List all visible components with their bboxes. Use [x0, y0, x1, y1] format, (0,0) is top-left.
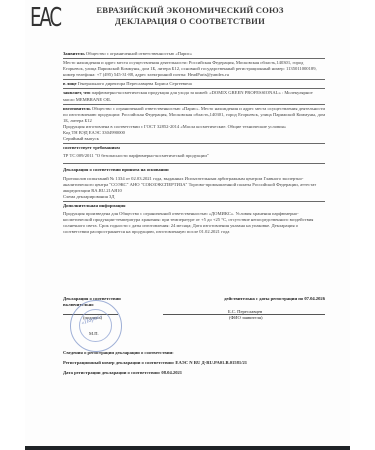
- represented-value: Генерального директора Переславцева Бори…: [78, 81, 192, 86]
- company-stamp-icon: «Парис»: [70, 300, 122, 352]
- declaration-body: Заявитель Общество с ограниченной ответс…: [63, 50, 325, 236]
- document-title: ЕВРАЗИЙСКИЙ ЭКОНОМИЧЕСКИЙ СОЮЗ ДЕКЛАРАЦИ…: [75, 5, 305, 27]
- declaration-scheme: Схема декларирования 3Д: [63, 194, 325, 200]
- address-section: Место нахождения и адрес места осуществл…: [63, 59, 325, 80]
- registration-number-row: Регистрационный номер декларации о соотв…: [63, 360, 325, 366]
- declares-label: заявляет, что: [63, 90, 90, 95]
- applicant-value: Общество с ограниченной ответственностью…: [86, 51, 192, 56]
- registration-section: Сведения о регистрации декларации о соот…: [63, 350, 325, 380]
- represented-label: в лице: [63, 81, 77, 86]
- manufacturer-label: изготовитель: [63, 106, 91, 111]
- manufacturer-section: изготовитель Общество с ограниченной отв…: [63, 105, 325, 145]
- manufacturer-value: Общество с ограниченной ответственностью…: [63, 106, 325, 123]
- requirements-value: ТР ТС 009/2011 "О безопасности парфюмерн…: [63, 151, 325, 162]
- address-text: Место нахождения и адрес места осуществл…: [63, 60, 317, 77]
- applicant-section: Заявитель Общество с ограниченной ответс…: [63, 50, 325, 59]
- validity-right: действительна с даты регистрации по 07.0…: [224, 296, 325, 308]
- registration-date-row: Дата регистрации декларации о соответств…: [63, 370, 325, 376]
- registration-date: 08.04.2021: [161, 370, 182, 375]
- represented-section: в лице Генерального директора Переславце…: [63, 80, 325, 89]
- release-type: Серийный выпуск: [63, 136, 325, 142]
- registration-heading: Сведения о регистрации декларации о соот…: [63, 350, 325, 356]
- bottom-dark-bar: [25, 446, 350, 450]
- requirements-section: соответствует требованиям ТР ТС 009/2011…: [63, 144, 325, 164]
- registration-number: ЕАЭС N RU Д-RU.PA01.В.01581/21: [175, 360, 247, 365]
- registration-number-label: Регистрационный номер декларации о соотв…: [63, 360, 174, 365]
- additional-info-label: Дополнительная информация: [63, 203, 325, 209]
- basis-label: Декларация о соответствии принята на осн…: [63, 167, 325, 173]
- additional-info-section: Дополнительная информация Продукция прои…: [63, 202, 325, 236]
- declares-value: парфюмерно-косметическая продукция для у…: [63, 90, 313, 101]
- applicant-label: Заявитель: [63, 51, 85, 56]
- eac-logo: EAC: [30, 4, 51, 32]
- additional-info-value: Продукция произведена для Общество с огр…: [63, 211, 325, 235]
- basis-value: Протоколов испытаний № 1334 от 02.03.202…: [63, 176, 325, 194]
- name-label: (ФИО заявителя): [229, 315, 263, 321]
- declares-section: заявляет, что парфюмерно-косметическая п…: [63, 89, 325, 104]
- title-line-2: ДЕКЛАРАЦИЯ О СООТВЕТСТВИИ: [75, 16, 305, 27]
- title-line-1: ЕВРАЗИЙСКИЙ ЭКОНОМИЧЕСКИЙ СОЮЗ: [75, 5, 305, 16]
- registration-date-label: Дата регистрации декларации о соответств…: [63, 370, 160, 375]
- basis-section: Декларация о соответствии принята на осн…: [63, 164, 325, 201]
